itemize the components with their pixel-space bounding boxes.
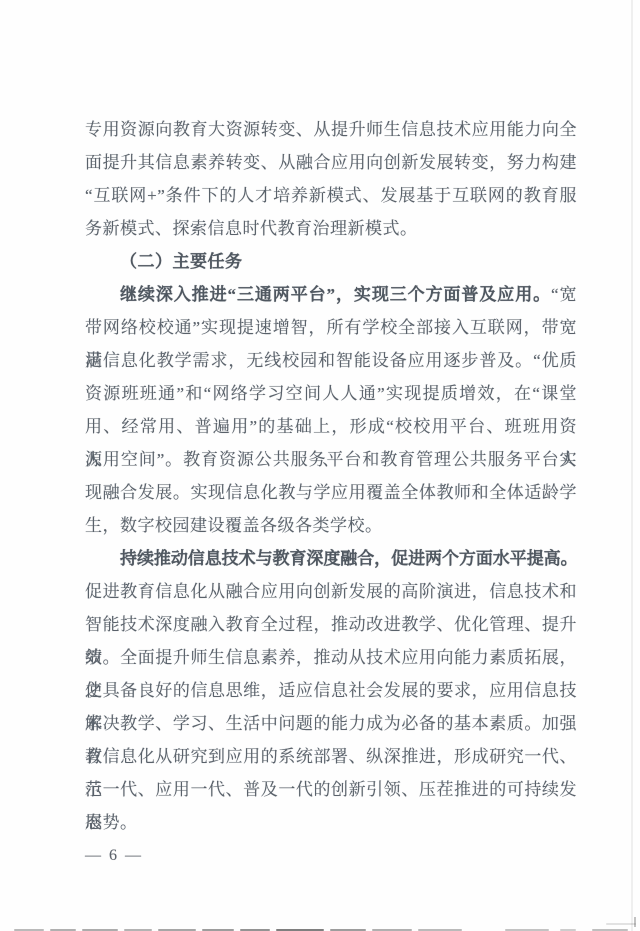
- text-segment: 态势。: [85, 813, 138, 832]
- text-line: 现融合发展。实现信息化教与学应用覆盖全体教师和全体适龄学: [85, 476, 577, 509]
- document-page: 专用资源向教育大资源转变、从提升师生信息技术应用能力向全面提升其信息素养转变、从…: [0, 0, 640, 931]
- page-number: — 6 —: [85, 839, 143, 872]
- scan-edge-right: [631, 0, 633, 931]
- text-segment: “宽: [551, 285, 577, 304]
- text-line: 务新模式、探索信息时代教育治理新模式。: [85, 212, 577, 245]
- text-line: “互联网+”条件下的人才培养新模式、发展基于互联网的教育服: [85, 179, 577, 212]
- text-block: 专用资源向教育大资源转变、从提升师生信息技术应用能力向全面提升其信息素养转变、从…: [85, 113, 577, 839]
- bold-text-segment: 继续深入推进“三通两平台”，实现三个方面普及应用。: [120, 285, 551, 304]
- bold-text-segment: 持续推动信息技术与教育深度融合，促进两个方面水平提高。: [120, 549, 577, 568]
- scan-corner-tick: [634, 917, 636, 927]
- text-line: 带网络校校通”实现提速增智，所有学校全部接入互联网，带宽满: [85, 311, 577, 344]
- text-line: 用、经常用、普遍用”的基础上，形成“校校用平台、班班用资源、人: [85, 410, 577, 443]
- para-three-links-two-platforms: 继续深入推进“三通两平台”，实现三个方面普及应用。“宽带网络校校通”实现提速增智…: [85, 278, 577, 542]
- text-line: 促进教育信息化从融合应用向创新发展的高阶演进，信息技术和: [85, 575, 577, 608]
- text-line: 智能技术深度融入教育全过程，推动改进教学、优化管理、提升绩: [85, 608, 577, 641]
- text-line: 资源班班通”和“网络学习空间人人通”实现提质增效，在“课堂: [85, 377, 577, 410]
- text-segment: 务新模式、探索信息时代教育治理新模式。: [85, 219, 418, 238]
- text-line: 效。全面提升师生信息素养，推动从技术应用向能力素质拓展，使: [85, 641, 577, 674]
- text-line: 继续深入推进“三通两平台”，实现三个方面普及应用。“宽: [85, 278, 577, 311]
- text-segment: 专用资源向教育大资源转变、从提升师生信息技术应用能力向全: [85, 120, 577, 139]
- text-line: （二）主要任务: [85, 245, 577, 278]
- text-line: 范一代、应用一代、普及一代的创新引领、压茬推进的可持续发展: [85, 773, 577, 806]
- heading-section-two: （二）主要任务: [85, 245, 577, 278]
- text-segment: 面提升其信息素养转变、从融合应用向创新发展转变，努力构建: [85, 153, 577, 172]
- text-line: 面提升其信息素养转变、从融合应用向创新发展转变，努力构建: [85, 146, 577, 179]
- text-segment: 生，数字校园建设覆盖各级各类学校。: [85, 516, 383, 535]
- text-line: 人用空间”。教育资源公共服务平台和教育管理公共服务平台实: [85, 443, 577, 476]
- text-segment: 现融合发展。实现信息化教与学应用覆盖全体教师和全体适龄学: [85, 483, 577, 502]
- text-line: 足信息化教学需求，无线校园和智能设备应用逐步普及。“优质: [85, 344, 577, 377]
- bold-text-segment: （二）主要任务: [120, 252, 243, 271]
- text-segment: “互联网+”条件下的人才培养新模式、发展基于互联网的教育服: [85, 186, 577, 205]
- text-segment: 人用空间”。教育资源公共服务平台和教育管理公共服务平台实: [85, 450, 577, 469]
- text-segment: 促进教育信息化从融合应用向创新发展的高阶演进，信息技术和: [85, 582, 577, 601]
- text-line: 态势。: [85, 806, 577, 839]
- text-line: 持续推动信息技术与教育深度融合，促进两个方面水平提高。: [85, 542, 577, 575]
- para-deep-integration: 持续推动信息技术与教育深度融合，促进两个方面水平提高。促进教育信息化从融合应用向…: [85, 542, 577, 839]
- text-segment: 资源班班通”和“网络学习空间人人通”实现提质增效，在“课堂: [85, 384, 577, 403]
- text-line: 之具备良好的信息思维，适应信息社会发展的要求，应用信息技术: [85, 674, 577, 707]
- text-segment: 足信息化教学需求，无线校园和智能设备应用逐步普及。“优质: [85, 351, 577, 370]
- text-line: 育信息化从研究到应用的系统部署、纵深推进，形成研究一代、示: [85, 740, 577, 773]
- text-line: 解决教学、学习、生活中问题的能力成为必备的基本素质。加强教: [85, 707, 577, 740]
- text-line: 专用资源向教育大资源转变、从提升师生信息技术应用能力向全: [85, 113, 577, 146]
- para-continuation: 专用资源向教育大资源转变、从提升师生信息技术应用能力向全面提升其信息素养转变、从…: [85, 113, 577, 245]
- text-line: 生，数字校园建设覆盖各级各类学校。: [85, 509, 577, 542]
